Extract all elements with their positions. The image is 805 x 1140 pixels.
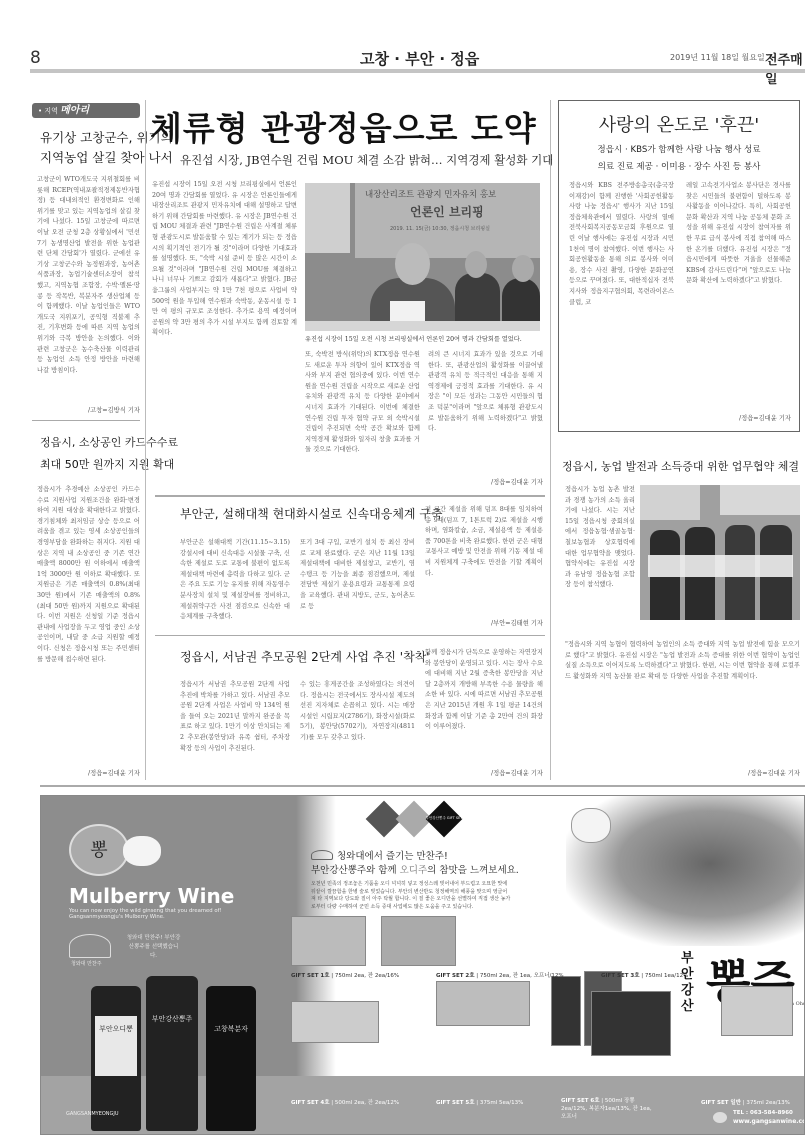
gift-set-4-label: GIFT SET 4호 | 500ml 2ea, 잔 2ea/12% bbox=[291, 1098, 399, 1106]
mulberry-wine-advertisement[interactable]: 뽕 Mulberry Wine You can now enjoy the wi… bbox=[40, 795, 805, 1135]
briefing-photo: 내장산리조트 관광지 민자유치 홍보 언론인 브리핑 2019. 11. 15(… bbox=[305, 183, 540, 331]
article-body: 정읍시가 서남권 추모공원 2단계 사업 추진에 박차를 가하고 있다. 서남권… bbox=[180, 680, 290, 780]
signed-agreements bbox=[648, 555, 793, 577]
headline-text: 부안강산뽕주와 함께 bbox=[311, 865, 400, 876]
ad-phone: TEL : 063-584-8960 bbox=[733, 1110, 793, 1116]
bluehouse-text: 청와대 만찬주! 부안강산뽕주를 선택했습니다. bbox=[126, 934, 181, 961]
article-headline: 사랑의 온도로 '후끈' bbox=[559, 111, 799, 137]
masthead-rule bbox=[30, 69, 805, 73]
article-body: 레일 고속전기사업소 봉사단은 경사를 찾은 시민들의 불편함이 덜하도록 봉사… bbox=[686, 181, 791, 401]
article-body: 함께 정읍시가 단독으로 운영하는 자연장지와 봉안당이 운영되고 있다. 시는… bbox=[425, 648, 543, 766]
attendee-body bbox=[455, 273, 500, 328]
paper-sheet bbox=[390, 301, 425, 321]
ad-title: Mulberry Wine bbox=[69, 884, 234, 908]
issue-date: 2019년 11월 18일 월요일 bbox=[670, 52, 765, 63]
gift-spec: 375ml 5ea/13% bbox=[480, 1100, 523, 1106]
banner-line1: 내장산리조트 관광지 민자유치 홍보 bbox=[365, 188, 496, 200]
gift-set-5-label: GIFT SET 5호 | 375ml 5ea/13% bbox=[436, 1098, 523, 1106]
wine-bottle: 고창복분자 bbox=[206, 986, 256, 1131]
main-subheadline: 유진섭 시장, JB연수원 건립 MOU 체결 소감 밝혀… 지역경제 활성화 … bbox=[180, 152, 553, 168]
mascot-icon bbox=[571, 808, 611, 843]
paper-name: 전주매일 bbox=[765, 49, 805, 87]
byline: /정읍=김대윤 기자 bbox=[640, 768, 800, 777]
gift-set-image bbox=[721, 986, 793, 1036]
ad-headline1: 청와대에서 즐기는 만찬주! bbox=[337, 848, 448, 862]
photo-caption: 유진섭 시장이 15일 오전 시청 브리핑실에서 언론인 20여 명과 간담회를… bbox=[305, 334, 545, 343]
byline: /정읍=김대윤 기자 bbox=[37, 768, 140, 777]
ad-headline2: 부안강산뽕주와 함께 오디주의 참맛을 느껴보세요. bbox=[311, 862, 519, 876]
divider bbox=[155, 495, 545, 497]
bottle-label: 부안오디뽕 bbox=[95, 1016, 137, 1076]
headline-line: 지역농업 살길 찾아 나서 bbox=[40, 148, 173, 168]
banner-line2: 언론인 브리핑 bbox=[410, 203, 484, 220]
gift-set-3-label: GIFT SET 3호 | 750ml 1ea/12% bbox=[601, 971, 688, 979]
byline: /정읍=김대윤 기자 bbox=[428, 477, 543, 486]
bullet-icon: • bbox=[38, 107, 42, 115]
gift-name: GIFT SET 5호 bbox=[436, 1100, 475, 1106]
desk bbox=[305, 321, 540, 331]
bluehouse-icon bbox=[69, 934, 111, 958]
article-body: 전 구간 제설을 위해 덤프 8대를 임치하여 총 9대(덤프 7, 1톤트럭 … bbox=[425, 505, 543, 615]
article-body: "정읍시와 지역 농협이 협력하여 농업인의 소득 증대와 지역 농업 발전에 … bbox=[565, 640, 800, 765]
speaker-head bbox=[395, 243, 430, 285]
gift-name: GIFT SET 일반 bbox=[701, 1100, 741, 1106]
gift-set-image bbox=[436, 981, 530, 1026]
window-blind bbox=[305, 183, 350, 253]
brand-vertical: 부안강산 bbox=[681, 951, 701, 1015]
bottle-label: 고창복분자 bbox=[209, 1016, 253, 1046]
gift-set-image bbox=[291, 1001, 379, 1043]
article-body: 고창군이 WTO개도국 지위철회를 비롯해 RCEP(역내포괄적경제동반자협정)… bbox=[37, 175, 140, 400]
gift-spec: 750ml 2ea, 잔 1ea, 오프너/12% bbox=[480, 973, 564, 979]
gift-set-2-label: GIFT SET 2호 | 750ml 2ea, 잔 1ea, 오프너/12% bbox=[436, 971, 564, 979]
article-body: 정읍시와 KBS 전주방송총국(총국장 이재강)이 함께 진행한 '사회공헌활동… bbox=[569, 181, 674, 421]
headline-highlight: 오디주 bbox=[400, 865, 428, 876]
gift-set-1-label: GIFT SET 1호 | 750ml 2ea, 잔 2ea/16% bbox=[291, 971, 399, 979]
gift-set-image bbox=[551, 976, 581, 1046]
article-body: 유진섭 시장이 15일 오전 시청 브리핑실에서 언론인 20여 명과 간담회를… bbox=[152, 180, 297, 490]
tag-name: 메아리 bbox=[60, 105, 89, 116]
banner-date: 2019. 11. 15(금) 10:30, 정읍시청 브리핑실 bbox=[390, 225, 490, 232]
gift-name: GIFT SET 6호 bbox=[561, 1098, 600, 1104]
article-headline: 정읍시, 농업 발전과 소득증대 위한 업무협약 체결 bbox=[562, 458, 799, 474]
mascot-icon bbox=[123, 836, 161, 866]
gift-spec: 500ml 2ea, 잔 2ea/12% bbox=[335, 1100, 399, 1106]
article-body: 또, 숙박전 방식(위탁)의 KTX정읍 연수원도 새로운 투자 의향이 있어 … bbox=[305, 350, 420, 490]
gift-name: GIFT SET 1호 bbox=[291, 973, 330, 979]
divider bbox=[32, 420, 140, 421]
wine-bottle: 부안강산뽕주 bbox=[146, 976, 198, 1131]
section-title: 고창 · 부안 · 정읍 bbox=[360, 48, 479, 69]
diamond-badge-text: 부안강산뽕주 GIFT SET bbox=[423, 816, 465, 821]
gift-spec: 750ml 2ea, 잔 2ea/16% bbox=[335, 973, 399, 979]
painting bbox=[640, 485, 700, 520]
attendee-head bbox=[512, 255, 534, 282]
gift-name: GIFT SET 2호 bbox=[436, 973, 475, 979]
headline-text: 의 참맛을 느껴보세요. bbox=[427, 865, 519, 876]
bluehouse-icon bbox=[311, 850, 333, 860]
bluehouse-label: 청와대 만찬주 bbox=[71, 960, 102, 967]
article-body: 정읍시가 추경예산 소상공인 카드수수료 지원사업 지원조건을 완화·변경하여 … bbox=[37, 485, 140, 765]
byline: /정읍=김대윤 기자 bbox=[686, 413, 791, 422]
article-body: 수 있는 휴게공간을 조성하였다는 의견이다. 정읍시는 전국에서도 장사시설 … bbox=[300, 680, 415, 780]
bottle-label: 부안강산뽕주 bbox=[150, 1006, 194, 1076]
byline: /부안=김태현 기자 bbox=[425, 618, 543, 627]
company-name: GANGSANMYEONGJU bbox=[66, 1111, 119, 1117]
article-body: 려의 큰 시너지 효과가 있을 것으로 기대한다. 또, 관광산업의 활성화를 … bbox=[428, 350, 543, 480]
article-body: 부안군은 설해대책 기간(11.15~3.15) 강설시에 대비 신속대응 시설… bbox=[180, 538, 290, 628]
gift-set-6-label: GIFT SET 6호 | 500ml 장뽕2ea/12%, 복분자1ea/13… bbox=[561, 1096, 656, 1120]
masthead: 8 고창 · 부안 · 정읍 2019년 11월 18일 월요일 전주매일 bbox=[30, 40, 805, 75]
painting bbox=[720, 485, 800, 515]
ad-description: 오천년 민족의 정조놓은 기품을 오디 넉넉히 넣고 정성스레 빚어내어 부드럽… bbox=[311, 881, 511, 911]
gift-set-general-label: GIFT SET 일반 | 375ml 2ea/13% bbox=[701, 1098, 790, 1106]
wine-bottle: 부안오디뽕 bbox=[91, 986, 141, 1131]
article-headline: 부안군, 설해대책 현대화시설로 신속대응체계 구축 bbox=[180, 505, 443, 522]
byline: /정읍=김대윤 기자 bbox=[425, 768, 543, 777]
company-logo-icon bbox=[713, 1112, 727, 1123]
gift-name: GIFT SET 3호 bbox=[601, 973, 640, 979]
ad-english-tagline: You can now enjoy the wild ginseng that … bbox=[69, 908, 244, 920]
article-subheadline: 정읍시 · KBS가 함께한 사랑 나눔 행사 성료 bbox=[559, 142, 799, 159]
article-body: 또기 3대 구입, 교반기 설치 등 최신 장비로 교체 완료했다. 군은 지난… bbox=[300, 538, 415, 628]
section-tag: • 지역 메아리 bbox=[32, 103, 140, 118]
gift-set-image bbox=[381, 916, 456, 966]
article-headline: 정읍시, 서남권 추모공원 2단계 사업 추진 '착착' bbox=[180, 648, 430, 665]
gift-name: GIFT SET 4호 bbox=[291, 1100, 330, 1106]
ad-divider bbox=[40, 785, 805, 787]
tag-prefix: 지역 bbox=[44, 107, 58, 115]
page-number: 8 bbox=[30, 48, 41, 68]
gift-set-image bbox=[291, 916, 366, 966]
main-headline: 체류형 관광정읍으로 도약 bbox=[150, 103, 537, 150]
column-divider bbox=[145, 100, 146, 780]
boxed-article: 사랑의 온도로 '후끈' 정읍시 · KBS가 함께한 사랑 나눔 행사 성료 … bbox=[558, 100, 800, 432]
brand-logo: 뽕 bbox=[69, 824, 129, 876]
article-body: 정읍시가 농업 농촌 발전과 경쟁 농가의 소득 올리기에 나섰다. 시는 지난… bbox=[565, 485, 635, 640]
gift-spec: 375ml 2ea/13% bbox=[746, 1100, 789, 1106]
attendee-head bbox=[465, 251, 487, 278]
column-divider bbox=[550, 100, 551, 780]
gift-spec: 750ml 1ea/12% bbox=[645, 973, 688, 979]
ad-website[interactable]: www.gangsanwine.com bbox=[733, 1118, 805, 1125]
byline: /고창=김방식 기자 bbox=[37, 405, 140, 414]
agreement-photo bbox=[640, 485, 800, 620]
article-subheadline: 의료 진료 제공 · 이미용 · 장수 사진 등 봉사 bbox=[559, 159, 799, 176]
gift-set-image bbox=[591, 991, 671, 1056]
divider bbox=[155, 635, 545, 636]
